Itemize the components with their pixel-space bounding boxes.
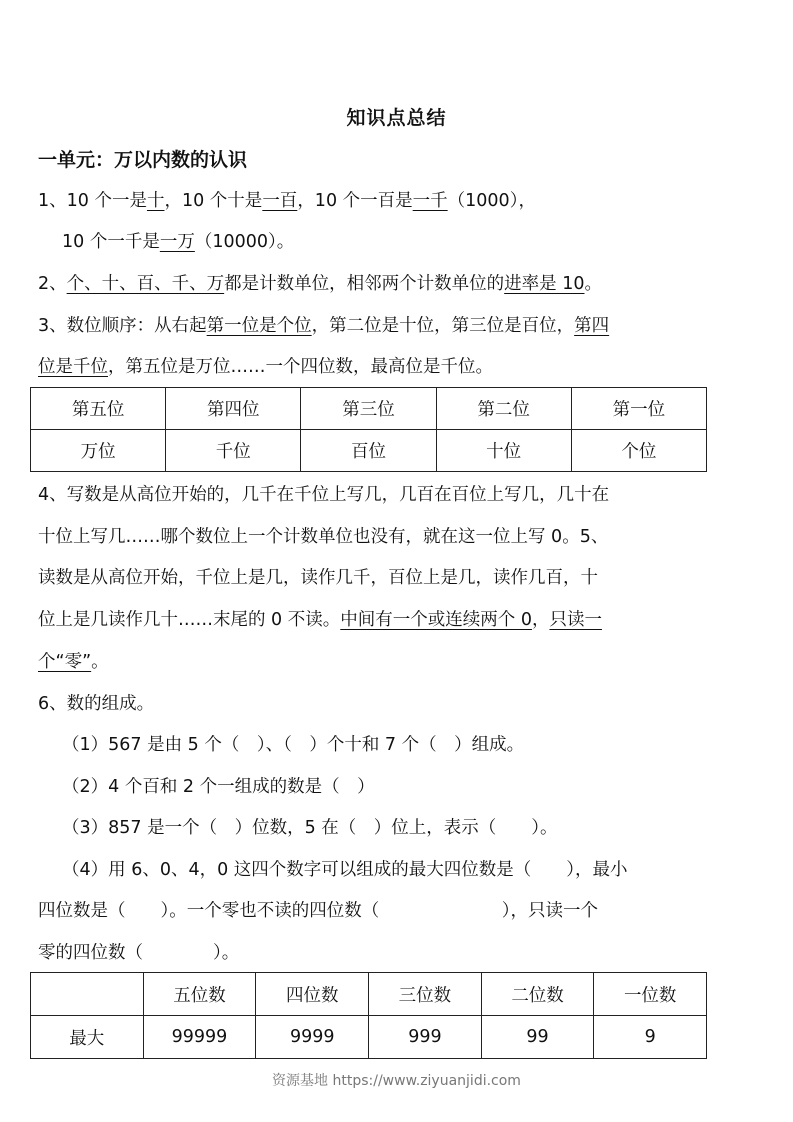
table-cell: 第二位 [436,388,571,430]
text-line: 1、10 个一是十，10 个十是一百，10 个一百是一千（1000）， [38,189,760,213]
text-line: 2、个、十、百、千、万都是计数单位，相邻两个计数单位的进率是 10。 [38,272,760,296]
table-cell: 99 [481,1016,594,1059]
text-line: 四位数是（ ）。一个零也不读的四位数（ ），只读一个 [38,899,760,923]
text-line: 十位上写几……哪个数位上一个计数单位也没有，就在这一位上写 0。5、 [38,525,760,549]
table-cell: 千位 [166,430,301,472]
text-line: 零的四位数（ ）。 [38,941,760,965]
underlined-text: 十 [147,191,165,211]
underlined-text: 第一位是个位 [207,316,312,336]
underlined-text: 一千 [413,191,448,211]
footer-watermark: 资源基地 https://www.ziyuanjidi.com [0,1070,793,1090]
table-row: 最大 99999 9999 999 99 9 [31,1016,707,1059]
table-header-row: 五位数 四位数 三位数 二位数 一位数 [31,973,707,1016]
table-header-cell: 一位数 [594,973,707,1016]
max-number-table: 五位数 四位数 三位数 二位数 一位数 最大 99999 9999 999 99… [30,972,707,1059]
table-cell: 十位 [436,430,571,472]
table-cell: 万位 [31,430,166,472]
text-segment: （4）用 6、0、4，0 这四个数字可以组成的最大四位数是（ ），最小 [62,860,628,880]
table-row: 万位 千位 百位 十位 个位 [31,430,707,472]
table-cell: 999 [369,1016,482,1059]
text-line: 4、写数是从高位开始的，几千在千位上写几，几百在百位上写几，几十在 [38,483,760,507]
table-cell: 第四位 [166,388,301,430]
underlined-text: 个“零” [38,652,91,672]
text-segment: 都是计数单位，相邻两个计数单位的 [224,274,504,294]
text-segment: 1、10 个一是 [38,191,147,211]
underlined-text: 进率是 10 [504,274,584,294]
underlined-text: 第四 [574,316,609,336]
text-segment: 6、数的组成。 [38,694,154,714]
text-segment: 。 [91,652,109,672]
text-segment: 四位数是（ ）。一个零也不读的四位数（ ），只读一个 [38,901,598,921]
underlined-text: 个、十、百、千、万 [67,274,225,294]
text-segment: 。 [584,274,602,294]
text-segment: ，第二位是十位，第三位是百位， [312,316,575,336]
text-segment: 位上是几读作几十……末尾的 0 不读。 [38,610,340,630]
text-segment: 4、写数是从高位开始的，几千在千位上写几，几百在百位上写几，几十在 [38,485,609,505]
text-segment: ， [532,610,550,630]
text-segment: （10000）。 [195,232,294,252]
text-line: 6、数的组成。 [38,692,760,716]
text-line: （4）用 6、0、4，0 这四个数字可以组成的最大四位数是（ ），最小 [62,858,784,882]
text-segment: 零的四位数（ ）。 [38,943,239,963]
table-header-cell: 四位数 [256,973,369,1016]
table-header-cell: 五位数 [143,973,256,1016]
table-cell: 百位 [301,430,436,472]
text-line: 10 个一千是一万（10000）。 [62,230,784,254]
table-cell: 9 [594,1016,707,1059]
text-line: 3、数位顺序：从右起第一位是个位，第二位是十位，第三位是百位，第四 [38,314,760,338]
text-segment: 3、数位顺序：从右起 [38,316,207,336]
underlined-text: 位是千位 [38,357,108,377]
text-segment: ，10 个一百是 [297,191,412,211]
text-line: 读数是从高位开始，千位上是几，读作几千，百位上是几，读作几百，十 [38,566,760,590]
text-segment: 2、 [38,274,67,294]
unit-heading: 一单元：万以内数的认识 [38,145,247,172]
table-cell: 99999 [143,1016,256,1059]
text-segment: （1）567 是由 5 个（ ）、（ ）个十和 7 个（ ）组成。 [62,735,524,755]
table-cell: 第三位 [301,388,436,430]
text-line: 位上是几读作几十……末尾的 0 不读。中间有一个或连续两个 0，只读一 [38,608,760,632]
table-header-cell [31,973,144,1016]
text-segment: ，第五位是万位……一个四位数，最高位是千位。 [108,357,493,377]
text-line: （3）857 是一个（ ）位数，5 在（ ）位上，表示（ ）。 [62,816,784,840]
text-line: （1）567 是由 5 个（ ）、（ ）个十和 7 个（ ）组成。 [62,733,784,757]
table-cell: 最大 [31,1016,144,1059]
text-segment: （3）857 是一个（ ）位数，5 在（ ）位上，表示（ ）。 [62,818,558,838]
table-header-cell: 三位数 [369,973,482,1016]
underlined-text: 一百 [262,191,297,211]
underlined-text: 只读一 [549,610,602,630]
table-cell: 个位 [571,430,706,472]
table-cell: 9999 [256,1016,369,1059]
text-segment: 十位上写几……哪个数位上一个计数单位也没有，就在这一位上写 0。5、 [38,527,608,547]
text-segment: 读数是从高位开始，千位上是几，读作几千，百位上是几，读作几百，十 [38,568,598,588]
place-value-table: 第五位 第四位 第三位 第二位 第一位 万位 千位 百位 十位 个位 [30,387,707,472]
text-segment: （1000）， [448,191,536,211]
text-segment: （2）4 个百和 2 个一组成的数是（ ） [62,777,375,797]
table-cell: 第一位 [571,388,706,430]
underlined-text: 一万 [160,232,195,252]
table-header-cell: 二位数 [481,973,594,1016]
table-cell: 第五位 [31,388,166,430]
text-line: （2）4 个百和 2 个一组成的数是（ ） [62,775,784,799]
underlined-text: 中间有一个或连续两个 0 [340,610,532,630]
table-row: 第五位 第四位 第三位 第二位 第一位 [31,388,707,430]
text-segment: 10 个一千是 [62,232,160,252]
text-line: 个“零”。 [38,650,760,674]
page-title: 知识点总结 [0,103,793,130]
text-segment: ，10 个十是 [164,191,262,211]
text-line: 位是千位，第五位是万位……一个四位数，最高位是千位。 [38,355,760,379]
